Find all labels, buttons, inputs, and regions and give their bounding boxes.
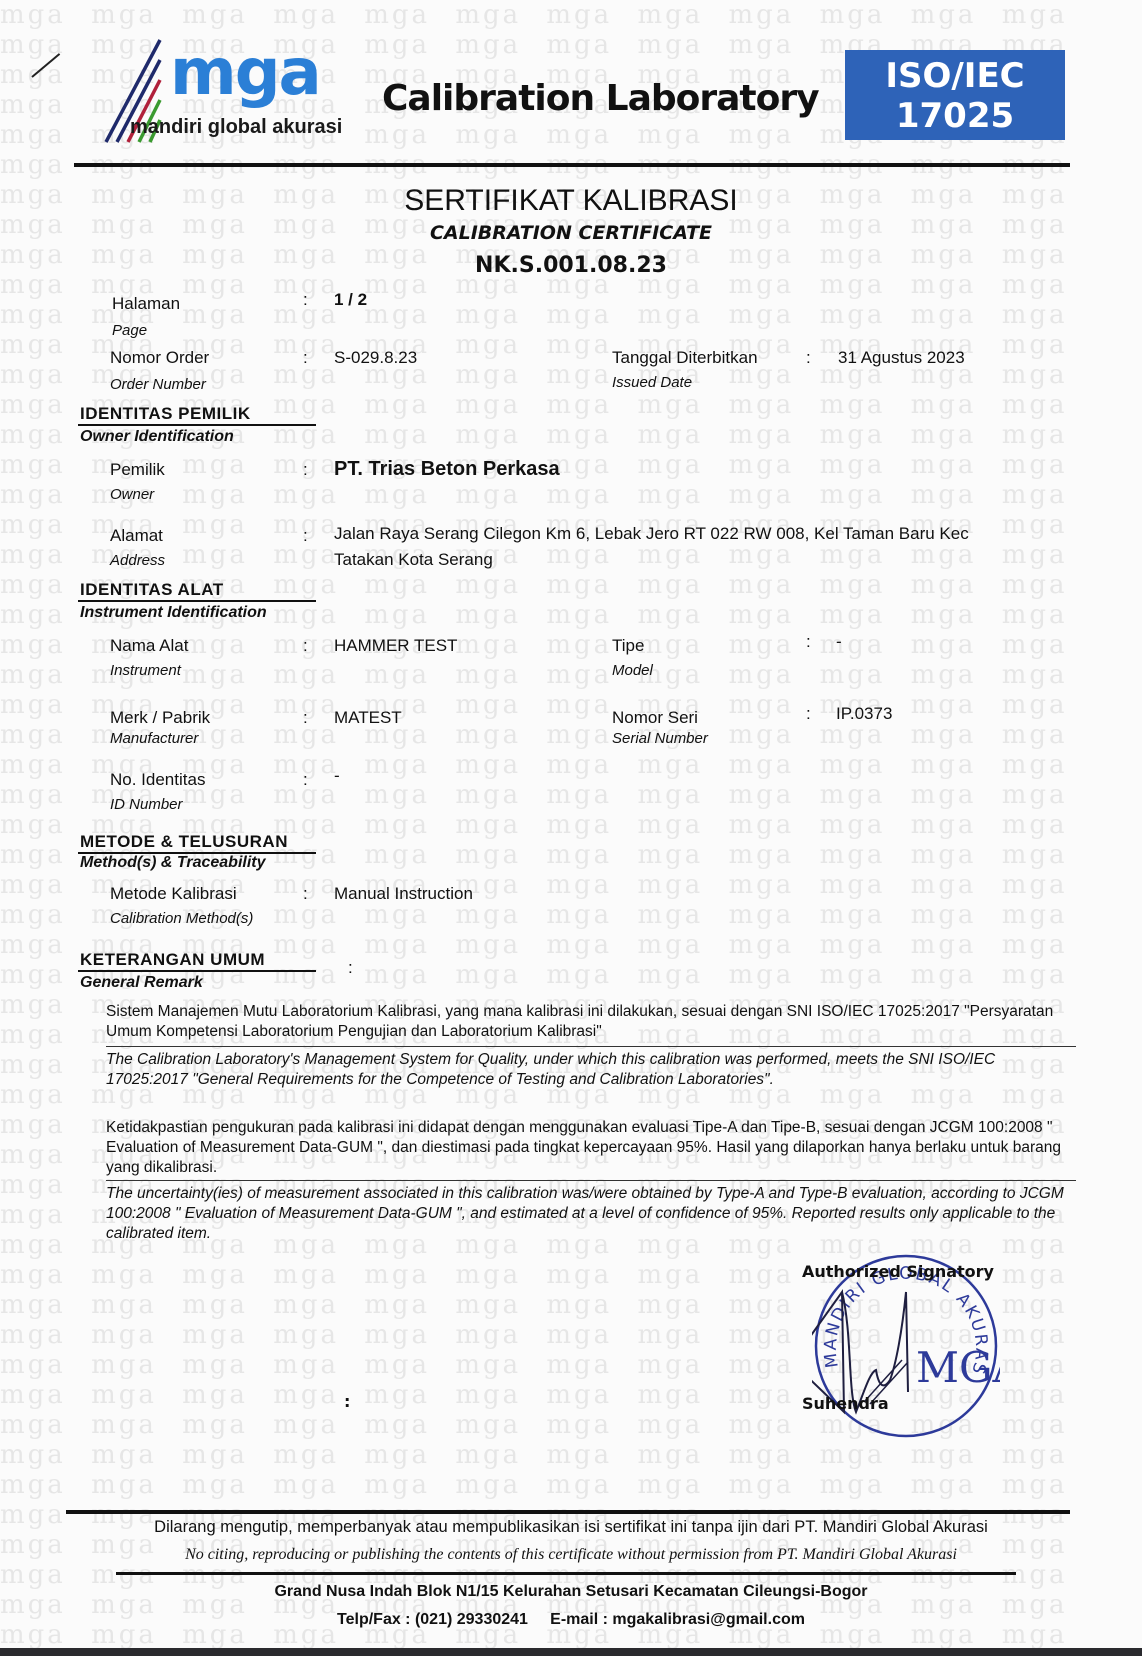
- certificate-number: NK.S.001.08.23: [0, 253, 1142, 278]
- remark-section-heading: KETERANGAN UMUM: [80, 950, 265, 970]
- authorized-signatory-label: Authorized Signatory: [802, 1262, 994, 1281]
- id-number-label: No. Identitas: [110, 770, 205, 790]
- id-number-value: -: [334, 766, 340, 786]
- instrument-name-value: HAMMER TEST: [334, 636, 457, 656]
- remark-paragraph-1-en: The Calibration Laboratory's Management …: [106, 1050, 1066, 1090]
- instrument-section-heading-en: Instrument Identification: [80, 604, 267, 622]
- model-label-en: Model: [612, 662, 653, 679]
- badge-line-1: ISO/IEC: [845, 56, 1065, 96]
- issued-value: 31 Agustus 2023: [838, 348, 965, 368]
- certificate-page: mga mandiri global akurasi Calibration L…: [0, 0, 1142, 1656]
- company-logo: mga mandiri global akurasi: [100, 38, 365, 148]
- page-value: 1 / 2: [334, 290, 367, 310]
- paragraph-divider: [106, 1046, 1076, 1047]
- manufacturer-label-en: Manufacturer: [110, 730, 198, 747]
- manufacturer-value: MATEST: [334, 708, 402, 728]
- serial-label-en: Serial Number: [612, 730, 708, 747]
- colon: :: [303, 290, 308, 310]
- section-underline: [78, 600, 316, 602]
- owner-section-heading-en: Owner Identification: [80, 428, 234, 446]
- owner-label: Pemilik: [110, 460, 165, 480]
- copyright-notice-en: No citing, reproducing or publishing the…: [0, 1546, 1142, 1564]
- badge-line-2: 17025: [845, 96, 1065, 136]
- remark-paragraph-2-id: Ketidakpastian pengukuran pada kalibrasi…: [106, 1118, 1066, 1178]
- signatory-name: Suhendra: [802, 1394, 889, 1413]
- colon: :: [303, 460, 308, 480]
- colon: :: [303, 348, 308, 368]
- method-label-en: Calibration Method(s): [110, 910, 253, 927]
- address-label: Alamat: [110, 526, 163, 546]
- colon: :: [348, 958, 353, 978]
- order-value: S-029.8.23: [334, 348, 417, 368]
- method-section-heading: METODE & TELUSURAN: [80, 832, 288, 852]
- colon: :: [303, 884, 308, 904]
- issued-label-en: Issued Date: [612, 374, 692, 391]
- iso-accreditation-badge: ISO/IEC 17025: [845, 50, 1065, 140]
- serial-label: Nomor Seri: [612, 708, 698, 728]
- serial-value: IP.0373: [836, 704, 892, 724]
- id-number-label-en: ID Number: [110, 796, 183, 813]
- address-label-en: Address: [110, 552, 165, 569]
- model-value: -: [836, 632, 842, 652]
- remark-paragraph-2-en: The uncertainty(ies) of measurement asso…: [106, 1184, 1066, 1244]
- owner-label-en: Owner: [110, 486, 154, 503]
- order-label-en: Order Number: [110, 376, 206, 393]
- address-line-1: Jalan Raya Serang Cilegon Km 6, Lebak Je…: [334, 524, 969, 544]
- colon: :: [303, 770, 308, 790]
- instrument-name-label: Nama Alat: [110, 636, 188, 656]
- page-label: Halaman: [112, 294, 180, 314]
- colon: :: [303, 526, 308, 546]
- paragraph-divider: [106, 1180, 1076, 1181]
- svg-text:MGA: MGA: [916, 1343, 1000, 1392]
- colon: :: [806, 704, 811, 724]
- owner-section-heading: IDENTITAS PEMILIK: [80, 404, 251, 424]
- manufacturer-label: Merk / Pabrik: [110, 708, 210, 728]
- section-underline: [78, 970, 316, 972]
- company-contact: Telp/Fax : (021) 29330241 E-mail : mgaka…: [0, 1611, 1142, 1629]
- method-value: Manual Instruction: [334, 884, 473, 904]
- colon: :: [806, 348, 811, 368]
- company-address: Grand Nusa Indah Blok N1/15 Kelurahan Se…: [0, 1583, 1142, 1601]
- pen-mark: [31, 53, 60, 78]
- footer-divider-top: [66, 1510, 1070, 1514]
- certificate-title: SERTIFIKAT KALIBRASI: [0, 184, 1142, 218]
- logo-tagline: mandiri global akurasi: [130, 116, 342, 139]
- colon: :: [806, 632, 811, 652]
- bottom-edge: [0, 1648, 1142, 1656]
- remark-section-heading-en: General Remark: [80, 974, 203, 992]
- owner-value: PT. Trias Beton Perkasa: [334, 458, 560, 481]
- logo-wordmark: mga: [170, 36, 320, 110]
- order-label: Nomor Order: [110, 348, 209, 368]
- header-divider: [74, 163, 1070, 167]
- footer-divider-bottom: [116, 1572, 1016, 1575]
- instrument-section-heading: IDENTITAS ALAT: [80, 580, 224, 600]
- lab-title: Calibration Laboratory: [382, 78, 819, 119]
- certificate-subtitle: CALIBRATION CERTIFICATE: [0, 222, 1142, 244]
- address-line-2: Tatakan Kota Serang: [334, 550, 493, 570]
- issued-label: Tanggal Diterbitkan: [612, 348, 758, 368]
- page-label-en: Page: [112, 322, 147, 339]
- colon: :: [303, 636, 308, 656]
- stray-mark: :: [344, 1392, 350, 1411]
- model-label: Tipe: [612, 636, 644, 656]
- section-underline: [78, 424, 316, 426]
- method-section-heading-en: Method(s) & Traceability: [80, 854, 266, 872]
- instrument-name-label-en: Instrument: [110, 662, 181, 679]
- copyright-notice-id: Dilarang mengutip, memperbanyak atau mem…: [0, 1518, 1142, 1537]
- remark-paragraph-1-id: Sistem Manajemen Mutu Laboratorium Kalib…: [106, 1002, 1066, 1042]
- colon: :: [303, 708, 308, 728]
- method-label: Metode Kalibrasi: [110, 884, 237, 904]
